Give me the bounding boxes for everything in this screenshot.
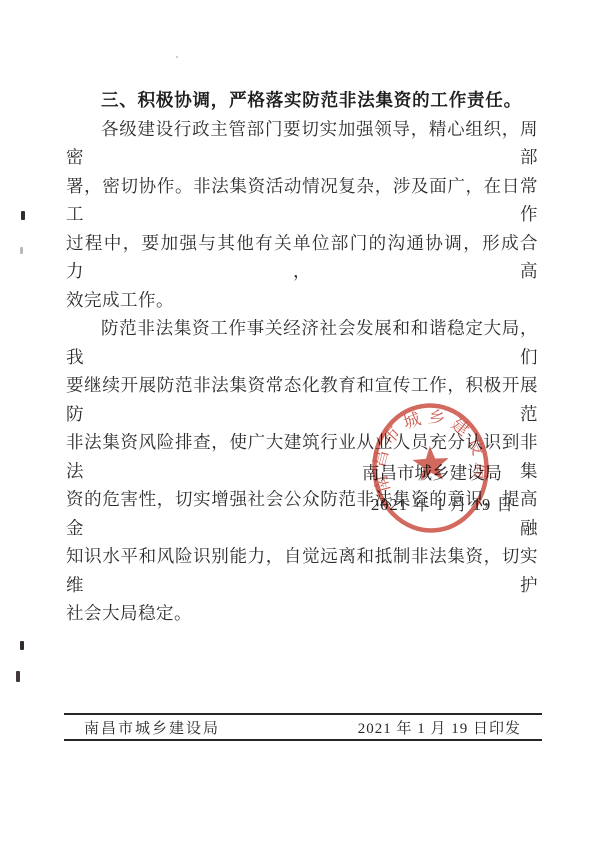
signature-agency: 南昌市城乡建设局: [362, 460, 502, 485]
document-footer: 南昌市城乡建设局 2021 年 1 月 19 日印发: [64, 713, 542, 741]
scan-speck: [20, 247, 23, 254]
body-text-line: 知识水平和风险识别能力，自觉远离和抵制非法集资，切实维护: [66, 542, 538, 599]
body-text-line: 要继续开展防范非法集资常态化教育和宣传工作，积极开展防范: [66, 371, 538, 428]
body-text-line: 社会大局稳定。: [66, 599, 538, 628]
body-text-line: 过程中，要加强与其他有关单位部门的沟通协调，形成合力，高: [66, 229, 538, 286]
body-text-line: 效完成工作。: [66, 286, 538, 315]
footer-issue-date: 2021 年 1 月 19 日印发: [358, 717, 521, 738]
scanned-document-page: 三、积极协调，严格落实防范非法集资的工作责任。 各级建设行政主管部门要切实加强领…: [0, 0, 600, 848]
signature-date: 2021 年 1 月 19 日: [371, 491, 514, 515]
scan-speck: [21, 211, 25, 220]
section-heading: 三、积极协调，严格落实防范非法集资的工作责任。: [66, 86, 538, 115]
document-body: 三、积极协调，严格落实防范非法集资的工作责任。 各级建设行政主管部门要切实加强领…: [66, 86, 538, 628]
body-text-line: 防范非法集资工作事关经济社会发展和和谐稳定大局，我们: [66, 314, 538, 371]
body-text-line: 各级建设行政主管部门要切实加强领导，精心组织，周密部: [66, 115, 538, 172]
scan-speck: [16, 671, 20, 682]
scan-speck: [176, 56, 178, 58]
scan-speck: [20, 641, 24, 650]
footer-issuer: 南昌市城乡建设局: [84, 717, 220, 738]
body-text-line: 署，密切协作。非法集资活动情况复杂，涉及面广，在日常工作: [66, 172, 538, 229]
